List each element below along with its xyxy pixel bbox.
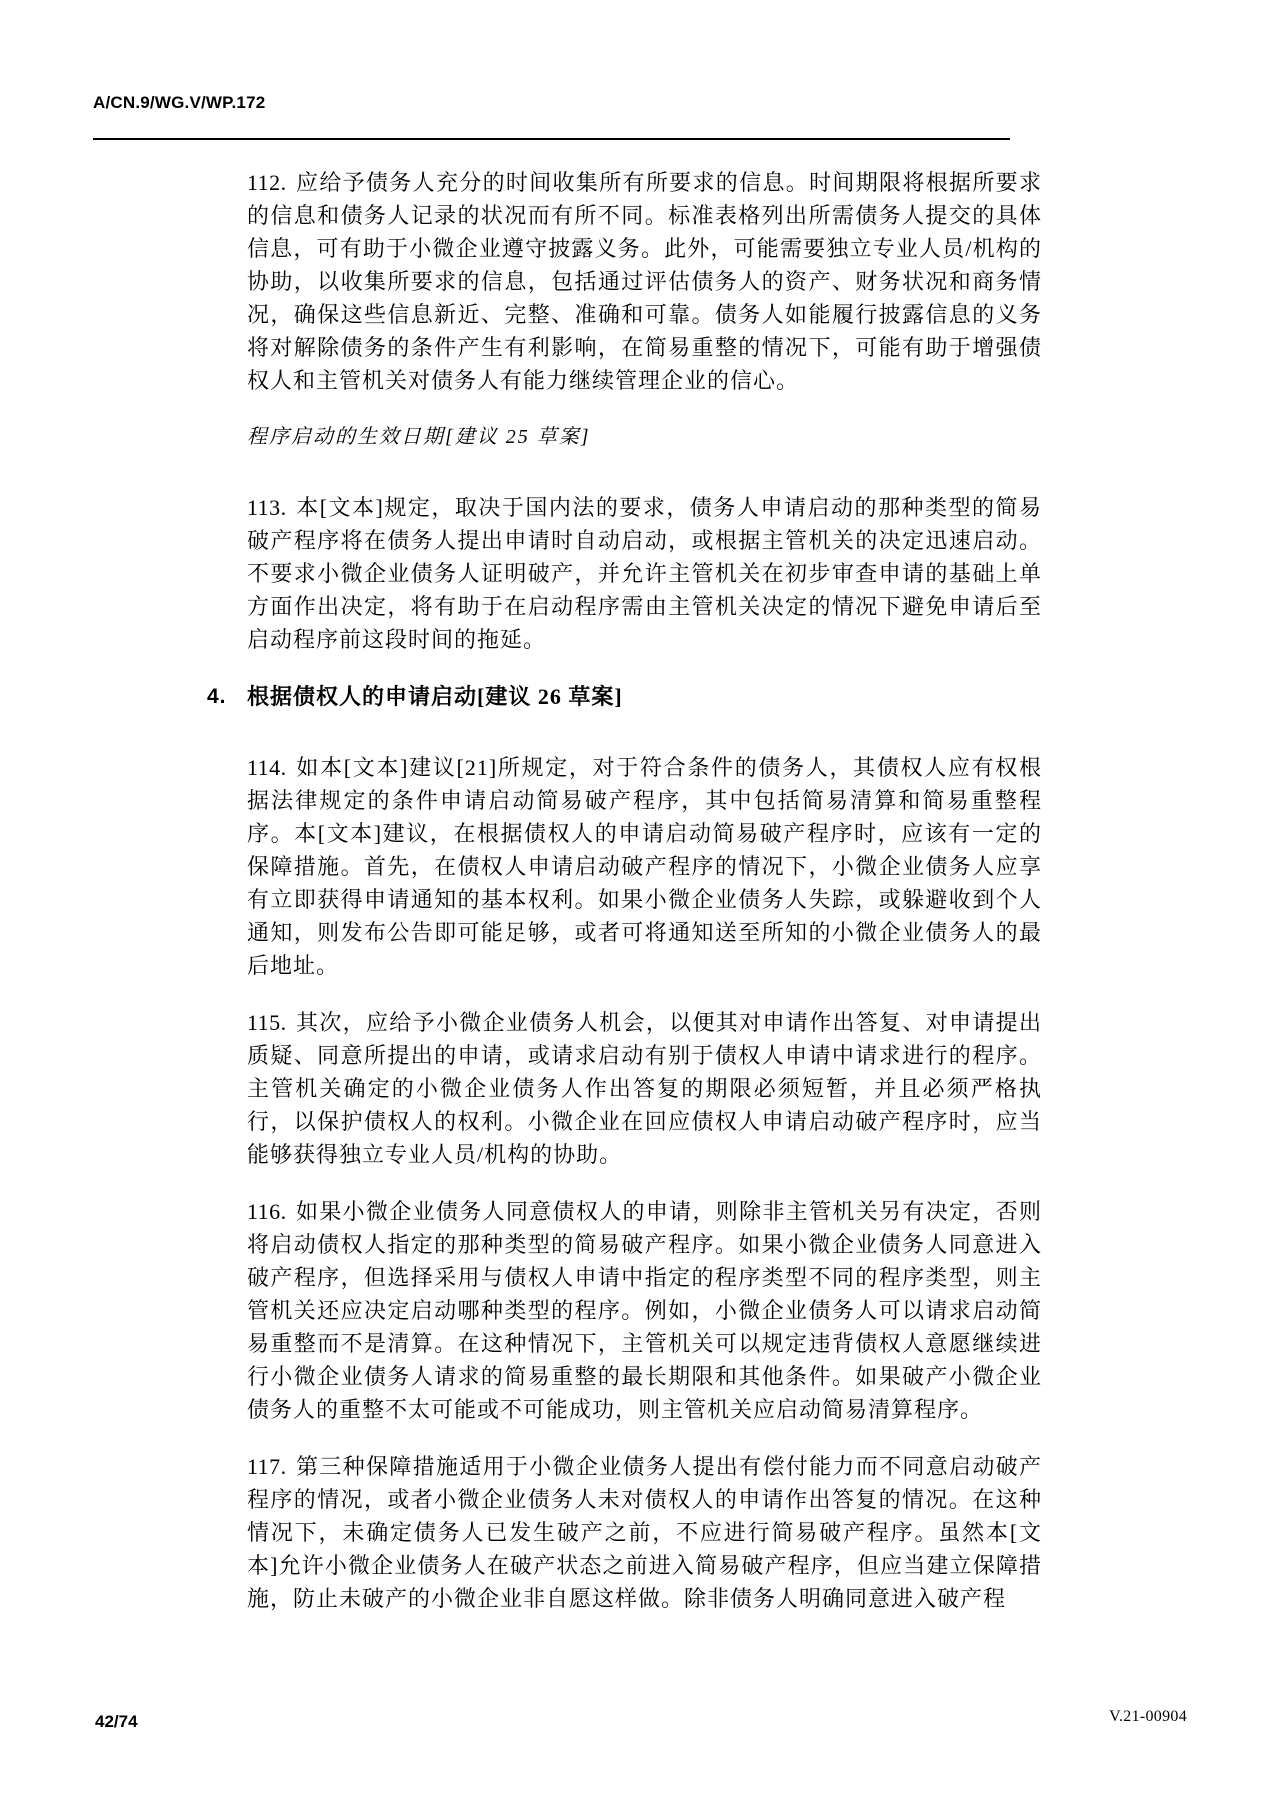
header-divider: [93, 138, 1010, 140]
section-number: 4.: [207, 680, 227, 713]
paragraph-114: 114.如本[文本]建议[21]所规定，对于符合条件的债务人，其债权人应有权根据…: [247, 751, 1042, 982]
footer-document-id: V.21-00904: [1109, 1708, 1187, 1726]
section-title: 根据债权人的申请启动[建议 26 草案]: [247, 684, 623, 709]
paragraph-text: 第三种保障措施适用于小微企业债务人提出有偿付能力而不同意启动破产程序的情况，或者…: [247, 1454, 1042, 1611]
paragraph-113: 113.本[文本]规定，取决于国内法的要求，债务人申请启动的那种类型的简易破产程…: [247, 491, 1042, 656]
document-symbol: A/CN.9/WG.V/WP.172: [93, 93, 265, 113]
section-heading-4: 4. 根据债权人的申请启动[建议 26 草案]: [247, 680, 1042, 713]
paragraph-text: 应给予债务人充分的时间收集所有所要求的信息。时间期限将根据所要求的信息和债务人记…: [247, 170, 1042, 393]
document-body: 112.应给予债务人充分的时间收集所有所要求的信息。时间期限将根据所要求的信息和…: [247, 166, 1042, 1639]
paragraph-number: 114.: [247, 755, 287, 780]
paragraph-116: 116.如果小微企业债务人同意债权人的申请，则除非主管机关另有决定，否则将启动债…: [247, 1195, 1042, 1426]
paragraph-text: 其次，应给予小微企业债务人机会，以便其对申请作出答复、对申请提出质疑、同意所提出…: [247, 1010, 1042, 1167]
paragraph-number: 113.: [247, 495, 287, 520]
paragraph-text: 如果小微企业债务人同意债权人的申请，则除非主管机关另有决定，否则将启动债权人指定…: [247, 1199, 1042, 1422]
paragraph-text: 如本[文本]建议[21]所规定，对于符合条件的债务人，其债权人应有权根据法律规定…: [247, 755, 1042, 978]
subheading-recommendation-25: 程序启动的生效日期[建议 25 草案]: [247, 421, 1042, 454]
paragraph-115: 115.其次，应给予小微企业债务人机会，以便其对申请作出答复、对申请提出质疑、同…: [247, 1006, 1042, 1171]
document-page: A/CN.9/WG.V/WP.172 112.应给予债务人充分的时间收集所有所要…: [0, 0, 1280, 1809]
paragraph-number: 117.: [247, 1454, 287, 1479]
paragraph-text: 本[文本]规定，取决于国内法的要求，债务人申请启动的那种类型的简易破产程序将在债…: [247, 495, 1042, 652]
paragraph-117: 117.第三种保障措施适用于小微企业债务人提出有偿付能力而不同意启动破产程序的情…: [247, 1450, 1042, 1615]
paragraph-number: 116.: [247, 1199, 287, 1224]
paragraph-number: 112.: [247, 170, 287, 195]
paragraph-number: 115.: [247, 1010, 287, 1035]
paragraph-112: 112.应给予债务人充分的时间收集所有所要求的信息。时间期限将根据所要求的信息和…: [247, 166, 1042, 397]
footer-page-number: 42/74: [95, 1712, 138, 1732]
